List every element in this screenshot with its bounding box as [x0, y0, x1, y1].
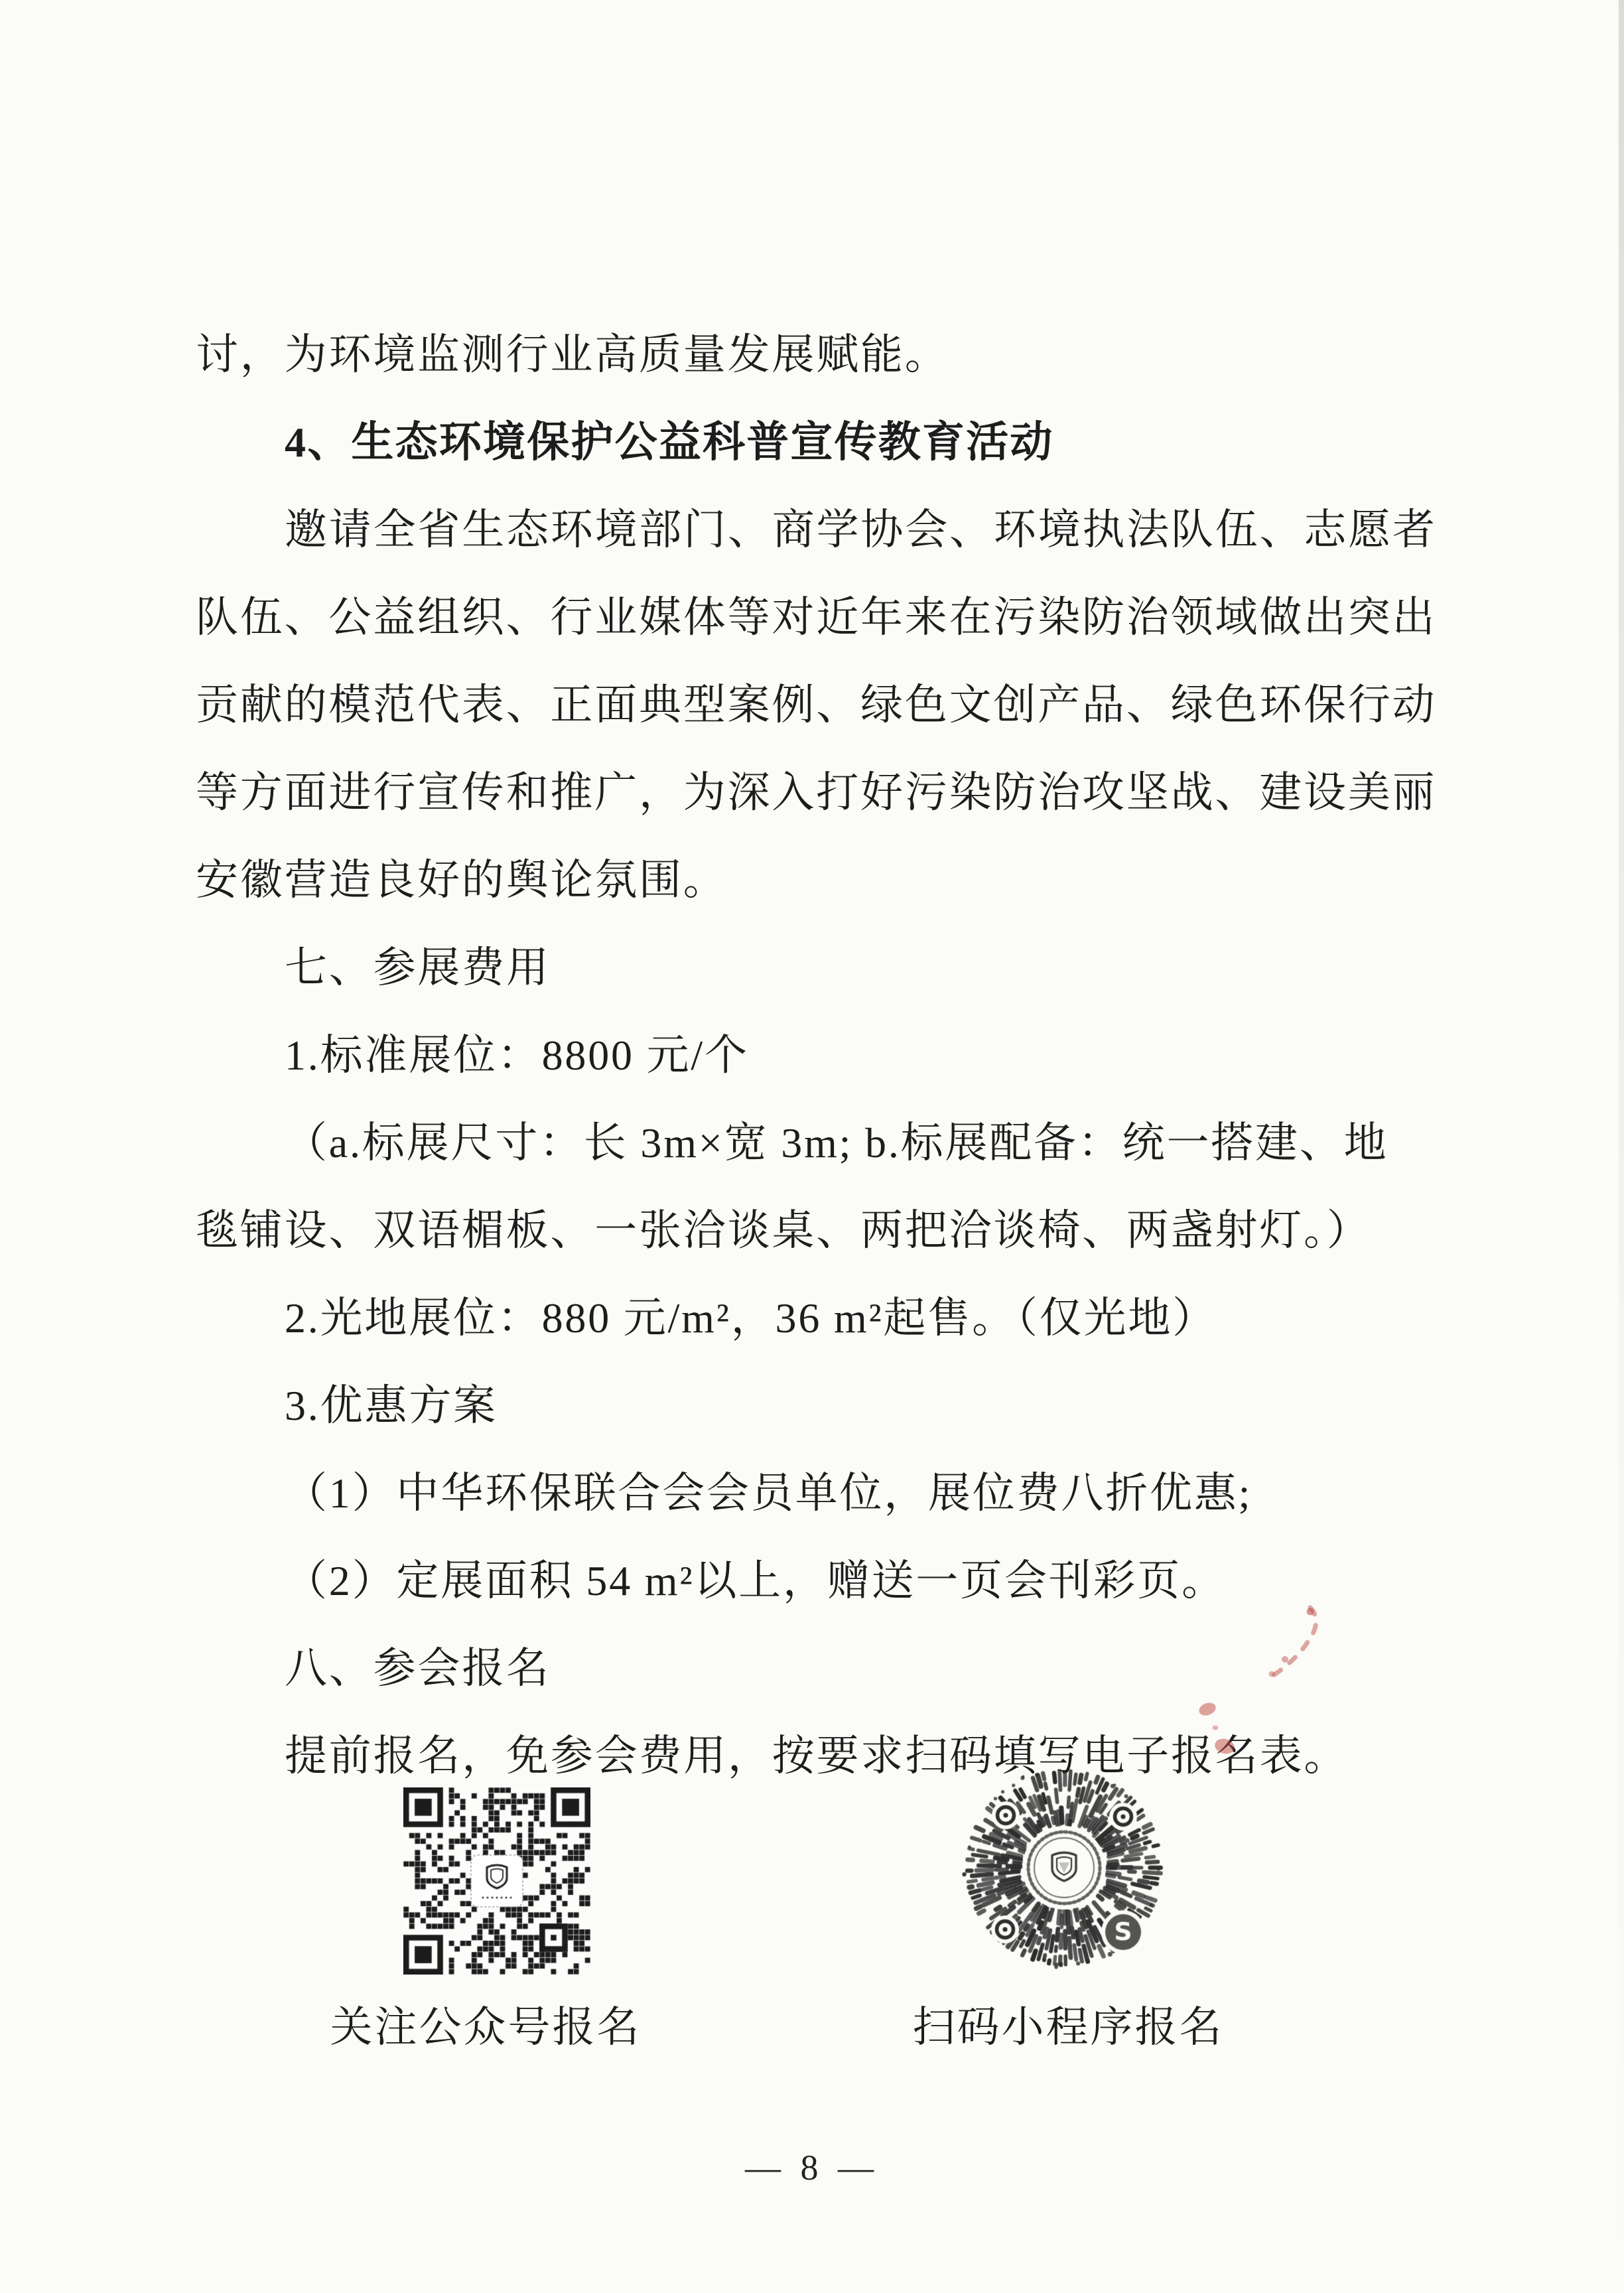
scan-edge-shadow — [1619, 0, 1624, 2293]
text-line-fee-standard-booth-detail-1: 毯铺设、双语楣板、一张洽谈桌、两把洽谈椅、两盏射灯。） — [196, 1187, 1442, 1275]
text-line-section-7-title-0: 七、参展费用 — [196, 924, 1442, 1012]
qr-caption-mini-program: 扫码小程序报名 — [770, 2002, 1367, 2053]
text-line-activity-4-body-3: 等方面进行宣传和推广，为深入打好污染防治攻坚战、建设美丽 — [196, 749, 1442, 837]
mini-program-code — [961, 1765, 1167, 1971]
text-line-activity-4-body-1: 队伍、公益组织、行业媒体等对近年来在污染防治领域做出突出 — [196, 574, 1442, 661]
text-line-activity-4-body-0: 邀请全省生态环境部门、商学协会、环境执法队伍、志愿者 — [196, 486, 1442, 574]
qr-code-public-account — [403, 1787, 590, 1975]
scanned-document-page: 讨，为环境监测行业高质量发展赋能。4、生态环境保护公益科普宣传教育活动邀请全省生… — [0, 0, 1624, 2293]
text-line-fee-discount-2-0: （2）定展面积 54 m²以上，赠送一页会刊彩页。 — [196, 1537, 1442, 1625]
text-line-fee-raw-space-0: 2.光地展位：880 元/m²，36 m²起售。（仅光地） — [196, 1275, 1442, 1362]
text-line-activity-4-body-2: 贡献的模范代表、正面典型案例、绿色文创产品、绿色环保行动 — [196, 661, 1442, 749]
text-line-section-8-title-0: 八、参会报名 — [196, 1625, 1442, 1712]
text-line-fee-discount-1-0: （1）中华环保联合会会员单位，展位费八折优惠; — [196, 1450, 1442, 1537]
text-line-heading-activity-4-0: 4、生态环境保护公益科普宣传教育活动 — [196, 399, 1442, 486]
document-body-text: 讨，为环境监测行业高质量发展赋能。4、生态环境保护公益科普宣传教育活动邀请全省生… — [196, 311, 1442, 1800]
text-line-fee-standard-booth-detail-0: （a.标展尺寸：长 3m×宽 3m; b.标展配备：统一搭建、地 — [196, 1099, 1442, 1187]
text-line-fee-discount-title-0: 3.优惠方案 — [196, 1362, 1442, 1450]
page-number: — 8 — — [0, 2147, 1624, 2188]
text-line-activity-4-body-4: 安徽营造良好的舆论氛围。 — [196, 837, 1442, 924]
text-line-fee-standard-booth-0: 1.标准展位：8800 元/个 — [196, 1012, 1442, 1099]
qr-caption-public-account: 关注公众号报名 — [187, 2002, 784, 2053]
text-line-signup-body-0: 提前报名，免参会费用，按要求扫码填写电子报名表。 — [196, 1712, 1442, 1800]
text-line-continuation-0: 讨，为环境监测行业高质量发展赋能。 — [196, 311, 1442, 399]
